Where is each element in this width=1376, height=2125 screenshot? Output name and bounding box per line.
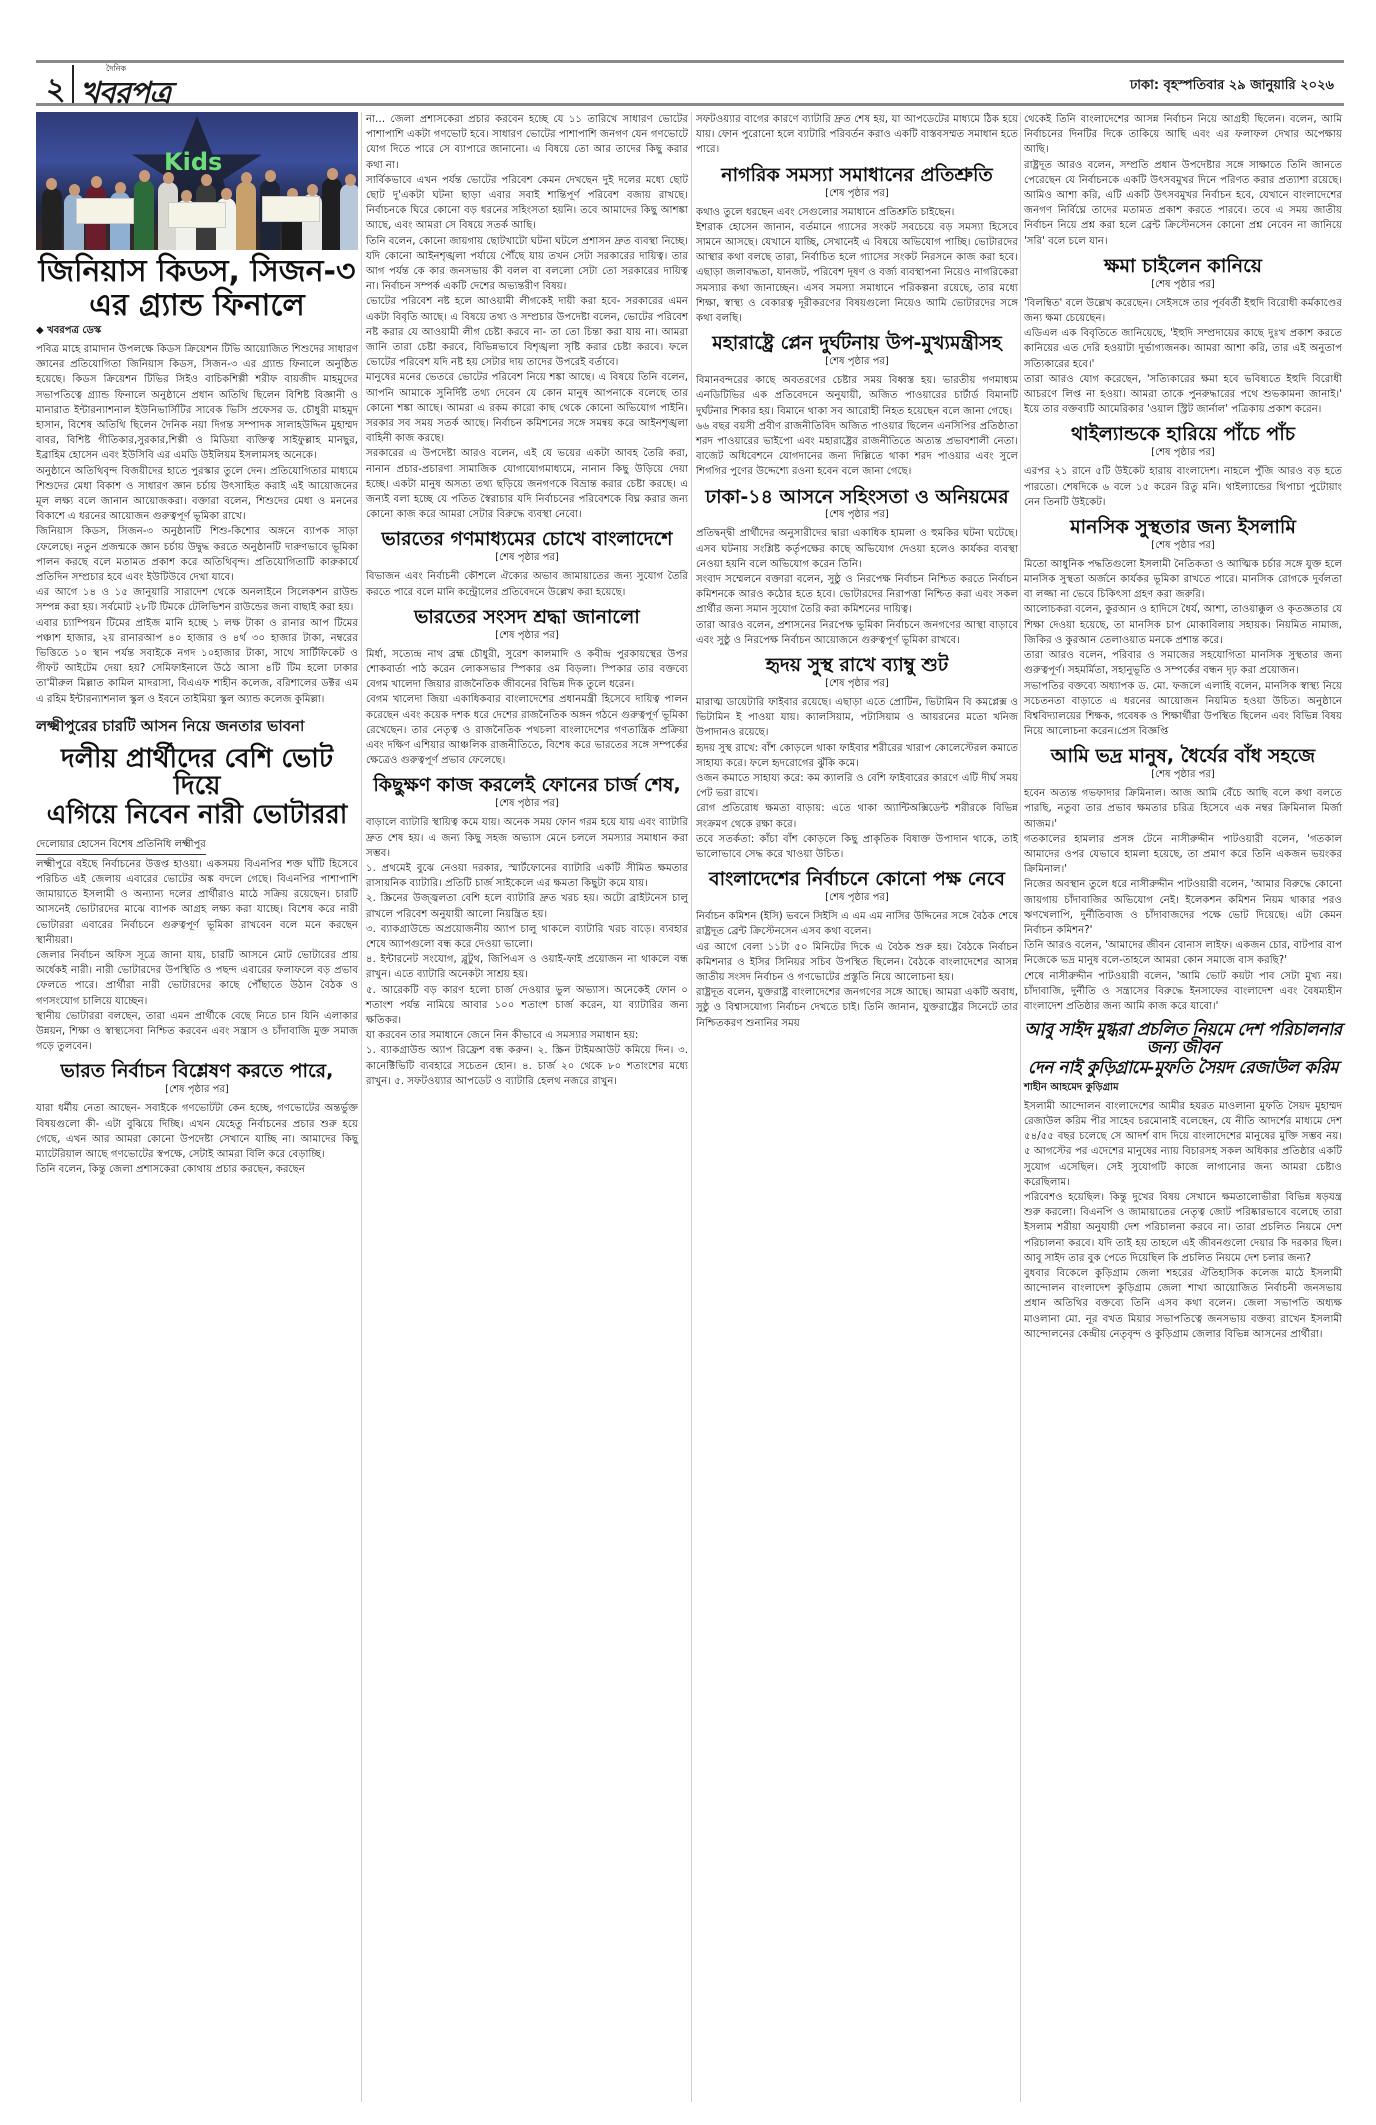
paragraph: ৫. আরেকটি বড় কারণ হলো চার্জ দেওয়ার ভুল… (366, 983, 688, 1029)
paragraph: বুধবার বিকেলে কুড়িগ্রাম জেলা শহরের ঐতিহ… (1024, 1266, 1342, 1342)
paragraph: ১. ব্যাকগ্রাউন্ড অ্যাপ রিফ্রেশ বন্ধ করুন… (366, 1043, 688, 1089)
headline: হৃদয় সুস্থ রাখে ব্যাম্বু শুট (696, 656, 1018, 676)
paragraph: হৃদয় সুস্থ রাখে: বাঁশ কোড়লে থাকা ফাইবা… (696, 741, 1018, 771)
paragraph: তিনি বলেন, কিন্তু জেলা প্রশাসকেরা কোথায়… (36, 1162, 358, 1177)
headline: নাগরিক সমস্যা সমাধানের প্রতিশ্রুতি (696, 166, 1018, 186)
paragraph: ভোটের পরিবেশ নষ্ট হলে আওয়ামী লীগকেই দায… (366, 294, 688, 370)
paragraph: এর আগে ১৪ ও ১৫ জানুয়ারি সারাদেশ থেকে অন… (36, 585, 358, 615)
paragraph: ইশরাক হোসেন জানান, বর্তমানে গ্যাসের সংকট… (696, 220, 1018, 326)
paragraph: সরকারের এ উপদেষ্টা আরও বলেন, এই যে ভয়ের… (366, 446, 688, 522)
jump-line: [শেষ পৃষ্ঠার পর] (1024, 445, 1342, 462)
page-masthead: ২ দৈনিক খবরপত্র ঢাকা: বৃহস্পতিবার ২৯ জান… (36, 60, 1344, 106)
paragraph: আলোচকরা বলেন, কুরআন ও হাদিসে ধৈর্য, আশা,… (1024, 602, 1342, 648)
byline-text: খবরপত্র ডেস্ক (47, 325, 101, 336)
paragraph: ওজন কমাতে সাহায্য করে: কম ক্যালরি ও বেশি… (696, 771, 1018, 801)
paragraph: থেকেই তিনি বাংলাদেশের আসন্ন নির্বাচন নিয… (1024, 112, 1342, 158)
jump-line: [শেষ পৃষ্ঠার পর] (366, 796, 688, 813)
paragraph: স্থানীয় ভোটাররা বলছেন, তারা এমন প্রার্থ… (36, 1009, 358, 1055)
paragraph: সফটওয়্যার বাগের কারণে ব্যাটারি দ্রুত শে… (696, 112, 1018, 158)
paragraph: পরিবেশও হয়েছিল। কিন্তু দুখের বিষয় সেখা… (1024, 1190, 1342, 1266)
paragraph: মিতো আধুনিক পদ্ধতিগুলো ইসলামী নৈতিকতা ও … (1024, 557, 1342, 603)
headline: ক্ষমা চাইলেন কানিয়ে (1024, 257, 1342, 277)
paragraph: না… জেলা প্রশাসকেরা প্রচার করবেন হচ্ছে য… (366, 112, 688, 173)
paragraph: গতকালের হামলার প্রসঙ্গ টেনে নাসীরুদ্দীন … (1024, 832, 1342, 878)
column-divider (1020, 112, 1021, 2102)
headline: মানসিক সুস্থতার জন্য ইসলামি (1024, 518, 1342, 538)
jump-line: [শেষ পৃষ্ঠার পর] (696, 890, 1018, 907)
column-1: Kids জিনিয়াস কিডস, সিজন-৩ এর গ্র্যান্ড … (36, 112, 358, 1177)
column-2: না… জেলা প্রশাসকেরা প্রচার করবেন হচ্ছে য… (366, 112, 688, 1089)
headline: দলীয় প্রার্থীদের বেশি ভোট দিয়ে (36, 746, 358, 801)
paragraph: সভাপতির বক্তব্যে অধ্যাপক ড. মো. ফজলে এলা… (1024, 679, 1342, 740)
jump-line: [শেষ পৃষ্ঠার পর] (696, 354, 1018, 371)
jump-line: [শেষ পৃষ্ঠার পর] (366, 550, 688, 567)
paragraph: সংবাদ সম্মেলনে বক্তারা বলেন, সুষ্ঠু ও নি… (696, 572, 1018, 618)
paragraph: যা করবেন তার সমাধানে জেনে নিন কীভাবে এ স… (366, 1028, 688, 1043)
byline: দেলোয়ার হোসেন বিশেষ প্রতিনিধি লক্ষ্মীপু… (36, 837, 206, 855)
paragraph: মির্ধা, সত্যেন্দ্র নাথ ব্রহ্ম চৌধুরী, সু… (366, 647, 688, 693)
headline: এর গ্র্যান্ড ফিনালে (36, 290, 358, 322)
paragraph: তারা আরও বলেন, প্রশাসনের নিরপেক্ষ ভূমিকা… (696, 618, 1018, 648)
paragraph: প্রতিদ্বন্দ্বী প্রার্থীদের অনুসারীদের দ্… (696, 526, 1018, 572)
paragraph: তারা আরও যোগ করেছেন, 'সত্যিকারের ক্ষমা হ… (1024, 372, 1342, 418)
masthead-divider (72, 65, 74, 103)
paragraph: এরপর ২১ রানে ৫টি উইকেট হারায় বাংলাদেশ। … (1024, 464, 1342, 510)
photo-people (36, 170, 358, 250)
paragraph: ইসলামী আন্দোলন বাংলাদেশের আমীর হযরত মাওল… (1024, 1099, 1342, 1190)
jump-line: [শেষ পৃষ্ঠার পর] (1024, 277, 1342, 294)
paragraph: জেলার নির্বাচন অফিস সূত্রে জানা যায়, চা… (36, 948, 358, 1009)
jump-line: [শেষ পৃষ্ঠার পর] (696, 676, 1018, 693)
column-divider (361, 112, 362, 2102)
paragraph: বিমানবন্দরের কাছে অবতরণের চেষ্টার সময় ব… (696, 373, 1018, 419)
paragraph: 'বিলম্বিত' বলে উল্লেখ করেছেন। সেইসঙ্গে ত… (1024, 296, 1342, 326)
headline: ভারতের গণমাধ্যমের চোখে বাংলাদেশে (366, 530, 688, 550)
headline: মহারাষ্ট্রে প্লেন দুর্ঘটনায় উপ-মুখ্যমন্… (696, 334, 1018, 354)
paragraph: তবে সতর্কতা: কাঁচা বাঁশ কোড়লে কিছু প্রা… (696, 832, 1018, 862)
paragraph: এডিএল এক বিবৃতিতে জানিয়েছে, 'ইহুদি সম্প… (1024, 326, 1342, 372)
paragraph: তিনি আরও বলেন, 'আমাদের জীবন বোনাস লাইফ। … (1024, 938, 1342, 968)
paragraph: লক্ষ্মীপুরে বইছে নির্বাচনের উত্তপ্ত হাওয… (36, 857, 358, 948)
headline: আমি ভদ্র মানুষ, ধৈর্যের বাঁধ সহজে (1024, 747, 1342, 767)
headline: ভারত নির্বাচন বিশ্লেষণ করতে পারে, (36, 1062, 358, 1082)
paragraph: ২. স্ক্রিনের উজ্জ্বলতা বেশি হলে ব্যাটারি… (366, 891, 688, 921)
headline: ভারতের সংসদ শ্রদ্ধা জানালো (366, 608, 688, 628)
paragraph: রাষ্ট্রদূত আরও বলেন, সম্প্রতি প্রধান উপদ… (1024, 158, 1342, 249)
paragraph: জিনিয়াস কিডস, সিজন-৩ অনুষ্ঠানটি শিশু-কি… (36, 524, 358, 585)
paragraph: হবেন অত্যন্ত গভফাদার ক্রিমিনাল। আজ আমি ব… (1024, 786, 1342, 832)
paragraph: রোগ প্রতিরোধ ক্ষমতা বাড়ায়: এতে থাকা অ্… (696, 801, 1018, 831)
news-photo: Kids (36, 112, 358, 250)
paragraph: তিনি বলেন, কোনো জায়গায় ছোটখাটো ঘটনা ঘট… (366, 234, 688, 295)
headline: থাইল্যান্ডকে হারিয়ে পাঁচে পাঁচ (1024, 425, 1342, 445)
jump-line: [শেষ পৃষ্ঠার পর] (36, 1082, 358, 1099)
paragraph: মানুষের মনের ভেতরে ভোটের পরিবেশ নিয়ে শঙ… (366, 370, 688, 446)
headline: জিনিয়াস কিডস, সিজন-৩ (36, 256, 358, 288)
headline: আবু সাইদ মুগ্ধরা প্রচলিত নিয়মে দেশ পরিচ… (1024, 1022, 1342, 1058)
headline: বাংলাদেশের নির্বাচনে কোনো পক্ষ নেবে (696, 870, 1018, 890)
paragraph: নির্বাচন কমিশন (ইসি) ভবনে সিইসি এ এম এম … (696, 909, 1018, 939)
headline: কিছুক্ষণ কাজ করলেই ফোনের চার্জ শেষ, (366, 776, 688, 796)
paragraph: অনুষ্ঠানে অতিথিবৃন্দ বিজয়ীদের হাতে পুরস… (36, 464, 358, 525)
paragraph: শেষে নাসীরুদ্দীন পাটওয়ারী বলেন, 'আমি ভো… (1024, 969, 1342, 1015)
jump-line: [শেষ পৃষ্ঠার পর] (1024, 538, 1342, 555)
dateline: ঢাকা: বৃহস্পতিবার ২৯ জানুয়ারি ২০২৬ (1130, 76, 1334, 97)
paragraph: ১. প্রথমেই বুঝে নেওয়া দরকার, স্মার্টফোন… (366, 861, 688, 891)
paragraph: ৬৬ বছর বয়সী প্রবীণ রাজনীতিবিদ অজিত পাওয… (696, 419, 1018, 480)
paragraph: তারা আরও বলেন, পরিবার ও সমাজের সহযোগিতা … (1024, 648, 1342, 678)
paragraph: নিজের অবস্থান তুলে ধরে নাসীরুদ্দীন পাটওয… (1024, 877, 1342, 938)
paragraph: সার্বিকভাবে এখন পর্যন্ত ভোটের পরিবেশ কেম… (366, 173, 688, 234)
column-divider (691, 112, 692, 2102)
column-4: থেকেই তিনি বাংলাদেশের আসন্ন নির্বাচন নিয… (1024, 112, 1342, 1342)
jump-line: [শেষ পৃষ্ঠার পর] (1024, 767, 1342, 784)
paragraph: বিভাজন এবং নির্বাচনী কৌশলে ঐক্যের অভাব জ… (366, 569, 688, 599)
byline: ◆ খবরপত্র ডেস্ক (36, 323, 358, 340)
kicker-headline: লক্ষ্মীপুরের চারটি আসন নিয়ে জনতার ভাবনা (36, 715, 358, 740)
headline: এগিয়ে নিবেন নারী ভোটাররা (36, 802, 358, 829)
headline: দেন নাই কুড়িগ্রামে-মুফতি সৈয়দ রেজাউল ক… (1024, 1060, 1342, 1078)
paragraph: এর আগে বেলা ১১টা ৫০ মিনিটের দিকে এ বৈঠক … (696, 940, 1018, 986)
paragraph: ৪. ইন্টারনেট সংযোগ, ব্লুটুথ, জিপিএস ও ওয… (366, 952, 688, 982)
jump-line: [শেষ পৃষ্ঠার পর] (696, 186, 1018, 203)
jump-line: [শেষ পৃষ্ঠার পর] (366, 628, 688, 645)
column-3: সফটওয়্যার বাগের কারণে ব্যাটারি দ্রুত শে… (696, 112, 1018, 1031)
paragraph: বেগম খালেদা জিয়া একাধিকবার বাংলাদেশের প… (366, 692, 688, 768)
paragraph: এবার চ্যাম্পিয়ন টিমের প্রাইজ মানি হচ্ছে… (36, 616, 358, 707)
jump-line: [শেষ পৃষ্ঠার পর] (696, 507, 1018, 524)
paragraph: যারা ধর্মীয় নেতা আছেন- সবাইকে গণভোটটা ক… (36, 1101, 358, 1162)
paragraph: রাষ্ট্রদূত বলেন, যুক্তরাষ্ট্র বাংলাদেশের… (696, 985, 1018, 1031)
byline: শাহীন আহমেদ কুড়িগ্রাম (1024, 1080, 1342, 1097)
headline: ঢাকা-১৪ আসনে সহিংসতা ও অনিয়মের (696, 488, 1018, 508)
paragraph: পবিত্র মাহে রামাদান উপলক্ষে কিডস ক্রিয়ে… (36, 342, 358, 464)
page-number: ২ (46, 65, 66, 116)
paragraph: কথাও তুলে ধরছেন এবং সেগুলোর সমাধানে প্রত… (696, 205, 1018, 220)
paragraph: মারাত্ম ডায়েটারি ফাইবার রয়েছে। এছাড়া … (696, 695, 1018, 741)
paragraph: ৩. ব্যাকগ্রাউন্ডে অপ্রয়োজনীয় অ্যাপ চাল… (366, 922, 688, 952)
paragraph: বাড়ালে ব্যাটারি স্থায়িত্ব কমে যায়। অন… (366, 815, 688, 861)
